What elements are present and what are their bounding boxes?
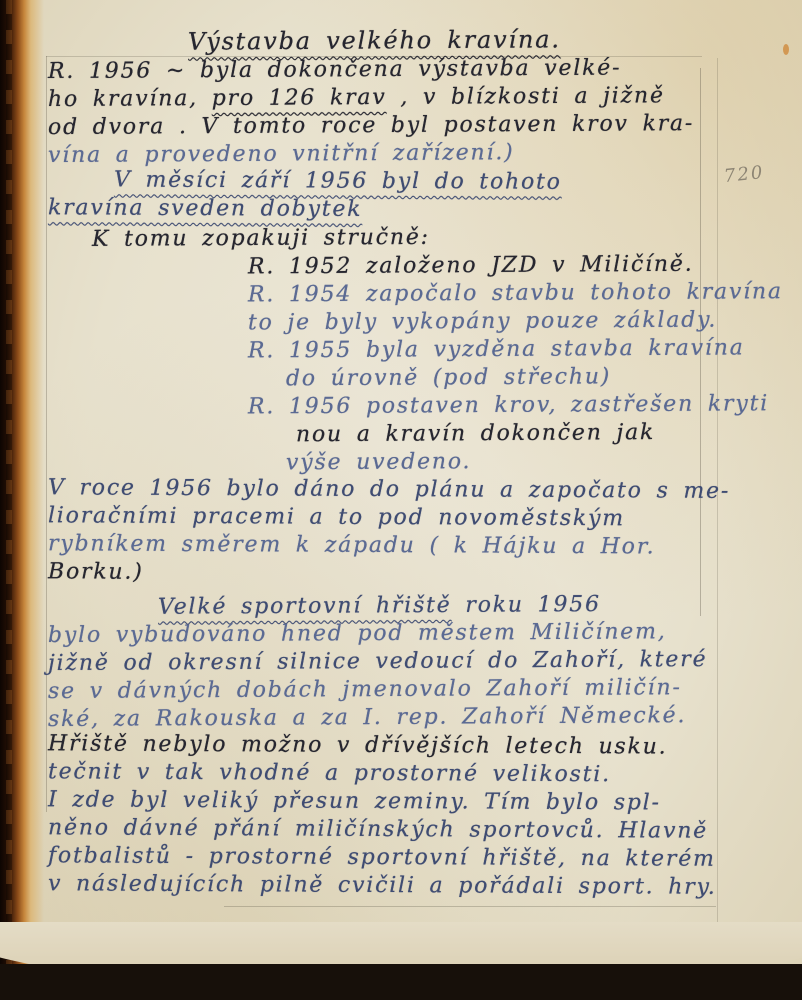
pencil-left-margin-line [46,56,47,812]
text-line: výše uvedeno. [286,447,716,478]
text-line: to je byly vykopány pouze základy. [248,307,716,338]
text-line: Hřiště nebylo možno v dřívějších letech … [48,730,716,761]
heading-sports-field: Velké sportovní hřiště roku 1956 [158,590,716,621]
heading-cowshed-construction: Výstavba velkého kravína. [188,24,716,55]
text-line: I zde byl veliký přesun zeminy. Tím bylo… [48,786,716,817]
text-line: tečnit v tak vhodné a prostorné velikost… [48,758,716,789]
text-line: nou a kravín dokončen jak [296,419,716,450]
margin-page-number: 720 [723,162,765,187]
underlined-line-cattle-moved: kravína sveden dobytek [48,194,716,225]
text-line-year-1954: R. 1954 započalo stavbu tohoto kravína [248,279,716,310]
text-line-year-1952: R. 1952 založeno JZD v Miličíně. [248,251,716,282]
text-line: R. 1956 ~ byla dokončena výstavba velké- [48,54,716,86]
text-line: fotbalistů - prostorné sportovní hřiště,… [48,842,716,873]
text-line: něno dávné přání miličínských sportovců.… [48,814,716,845]
text-line: Borku.) [48,558,716,589]
text-line: vína a provedeno vnitřní zařízení.) [48,138,716,170]
paper-fleck [783,44,789,55]
text-line: jižně od okresní silnice vedoucí do Zaho… [48,646,716,678]
photo-bottom-shadow [0,964,802,1000]
book-binding-edge [0,0,44,1000]
text-line: ho kravína, pro 126 krav , v blízkosti a… [48,82,716,114]
text-line: do úrovně (pod střechu) [286,363,716,394]
text-line-year-1955: R. 1955 byla vyzděna stavba kravína [248,335,716,366]
text-line: se v dávných dobách jmenovalo Zahoří mil… [48,674,716,706]
text-line: bylo vybudováno hned pod městem Miličíne… [48,618,716,650]
binding-texture [6,0,12,1000]
text-segment: , v blízkosti a jižně [386,83,664,110]
underlined-phrase-126-cows: pro 126 krav [212,85,387,111]
underlined-heading-sports-field: Velké sportovní hřiště [158,593,452,620]
text-segment: ho kravína, [48,86,212,112]
text-line-year-1956: R. 1956 postaven krov, zastřešen kryti [248,391,716,422]
chronicle-page-photo: Výstavba velkého kravína. R. 1956 ~ byla… [0,0,802,1000]
heading-year-segment: roku 1956 [452,592,601,618]
handwritten-text: Výstavba velkého kravína. R. 1956 ~ byla… [48,26,716,900]
text-line: v následujících pilně cvičili a pořádali… [48,870,716,901]
text-line: rybníkem směrem k západu ( k Hájku a Hor… [48,530,716,561]
text-line: od dvora . V tomto roce byl postaven kro… [48,110,716,142]
pencil-sheet-bottom-edge [224,906,716,907]
text-line: V roce 1956 bylo dáno do plánu a započat… [48,474,716,505]
text-line: lioračními pracemi a to pod novoměstským [48,502,716,533]
text-line: K tomu zopakuji stručně: [92,222,716,254]
underlined-line-september-1956: V měsíci září 1956 byl do tohoto [114,166,716,197]
text-line: ské, za Rakouska a za I. rep. Zahoří Něm… [48,702,716,734]
